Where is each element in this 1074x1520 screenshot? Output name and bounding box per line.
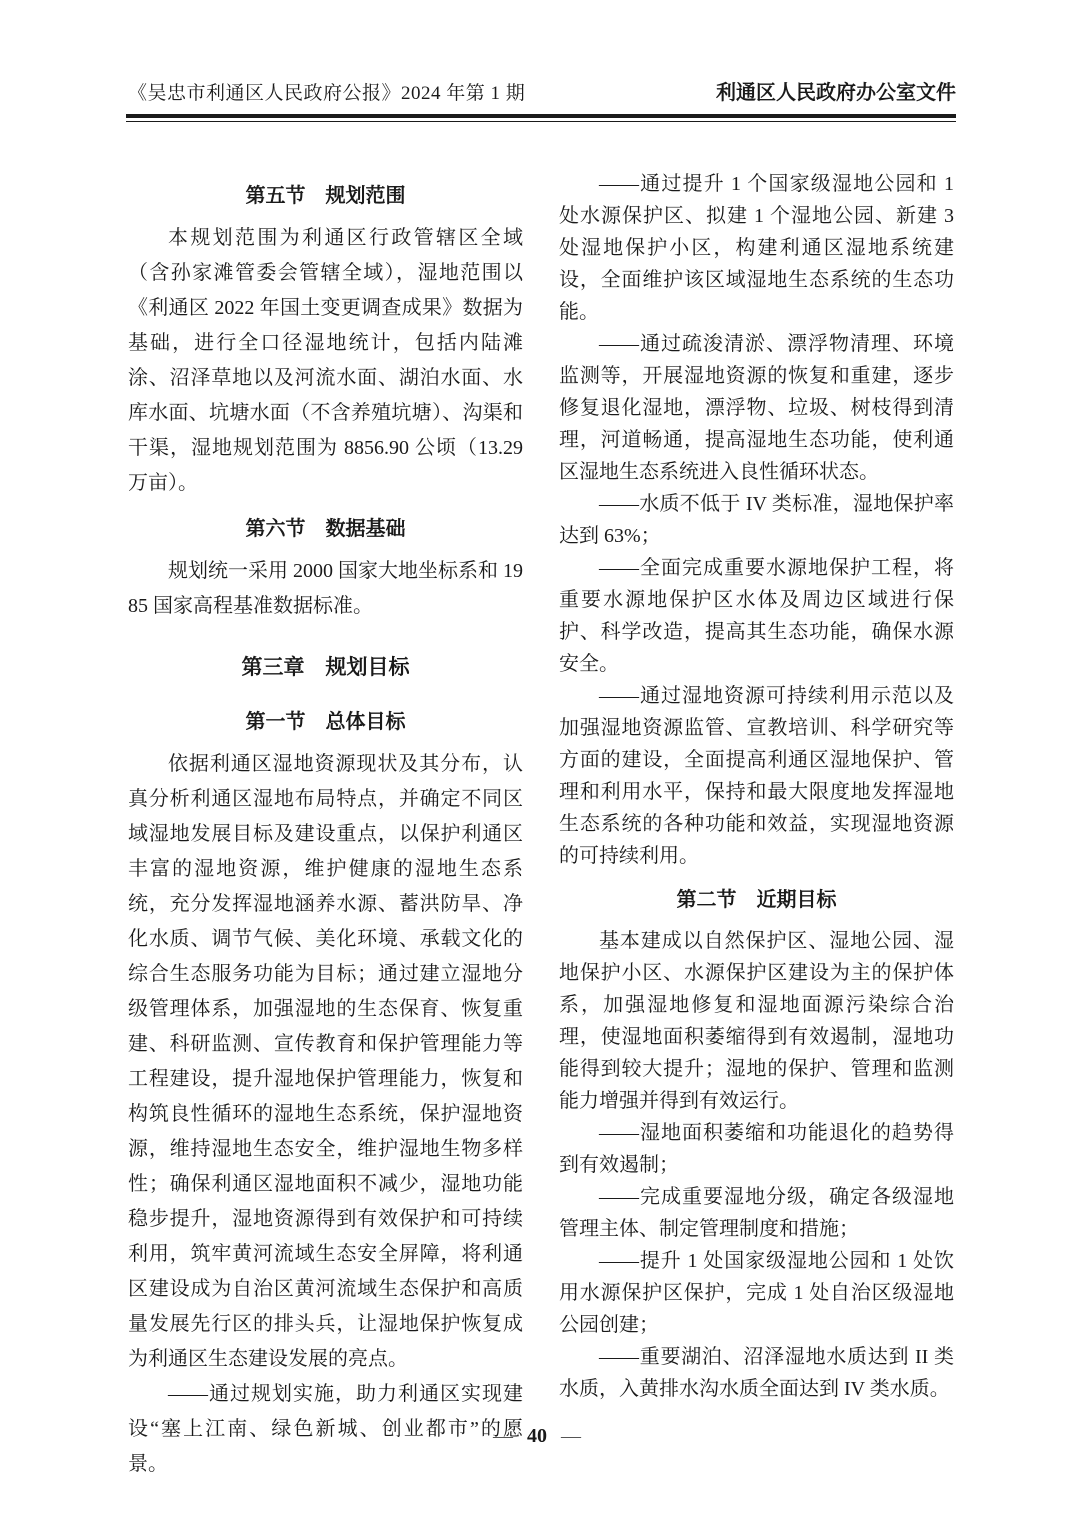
footer-left-dash: —: [493, 1425, 513, 1447]
near-goal-paragraph: 基本建成以自然保护区、湿地公园、湿地保护小区、水源保护区建设为主的保护体系，加强…: [559, 925, 954, 1117]
near-goal-item-3: ——提升 1 处国家级湿地公园和 1 处饮用水源保护区保护，完成 1 处自治区级…: [559, 1245, 954, 1341]
goal-item-5: ——通过湿地资源可持续利用示范以及加强湿地资源监管、宣教培训、科学研究等方面的建…: [559, 680, 954, 872]
section6-heading: 第六节 数据基础: [128, 516, 523, 542]
section1-heading: 第一节 总体目标: [128, 709, 523, 735]
two-column-body: 第五节 规划范围 本规划范围为利通区行政管辖区全域（含孙家滩管委会管辖全域），湿…: [0, 122, 1074, 1482]
section6-paragraph: 规划统一采用 2000 国家大地坐标系和 1985 国家高程基准数据标准。: [128, 554, 523, 624]
right-column: ——通过提升 1 个国家级湿地公园和 1 处水源保护区、拟建 1 个湿地公园、新…: [559, 168, 954, 1482]
document-source-label: 利通区人民政府办公室文件: [716, 76, 956, 105]
page-header: 《吴忠市利通区人民政府公报》2024 年第 1 期 利通区人民政府办公室文件: [0, 76, 1074, 105]
page-footer: —40—: [0, 1425, 1074, 1448]
goal-item-3: ——水质不低于 IV 类标准，湿地保护率达到 63%；: [559, 488, 954, 552]
section5-heading: 第五节 规划范围: [128, 183, 523, 209]
near-goal-item-1: ——湿地面积萎缩和功能退化的趋势得到有效遏制；: [559, 1117, 954, 1181]
section2-heading: 第二节 近期目标: [559, 887, 954, 913]
gazette-page: 《吴忠市利通区人民政府公报》2024 年第 1 期 利通区人民政府办公室文件 第…: [0, 0, 1074, 1520]
footer-right-dash: —: [561, 1425, 581, 1447]
goal-item-4: ——全面完成重要水源地保护工程，将重要水源地保护区水体及周边区域进行保护、科学改…: [559, 552, 954, 680]
overall-goal-paragraph: 依据利通区湿地资源现状及其分布，认真分析利通区湿地布局特点，并确定不同区域湿地发…: [128, 747, 523, 1377]
chapter3-heading: 第三章 规划目标: [128, 654, 523, 681]
section5-paragraph: 本规划范围为利通区行政管辖区全域（含孙家滩管委会管辖全域），湿地范围以《利通区 …: [128, 221, 523, 501]
near-goal-item-4: ——重要湖泊、沼泽湿地水质达到 II 类水质，入黄排水沟水质全面达到 IV 类水…: [559, 1341, 954, 1405]
goal-item-2: ——通过疏浚清淤、漂浮物清理、环境监测等，开展湿地资源的恢复和重建，逐步修复退化…: [559, 328, 954, 488]
near-goal-item-2: ——完成重要湿地分级，确定各级湿地管理主体、制定管理制度和措施；: [559, 1181, 954, 1245]
left-column: 第五节 规划范围 本规划范围为利通区行政管辖区全域（含孙家滩管委会管辖全域），湿…: [128, 168, 523, 1482]
header-divider-thick-line: [126, 114, 956, 118]
page-number: 40: [527, 1425, 547, 1447]
header-divider: [126, 114, 956, 122]
gazette-title: 《吴忠市利通区人民政府公报》2024 年第 1 期: [128, 78, 525, 105]
goal-item-1: ——通过提升 1 个国家级湿地公园和 1 处水源保护区、拟建 1 个湿地公园、新…: [559, 168, 954, 328]
